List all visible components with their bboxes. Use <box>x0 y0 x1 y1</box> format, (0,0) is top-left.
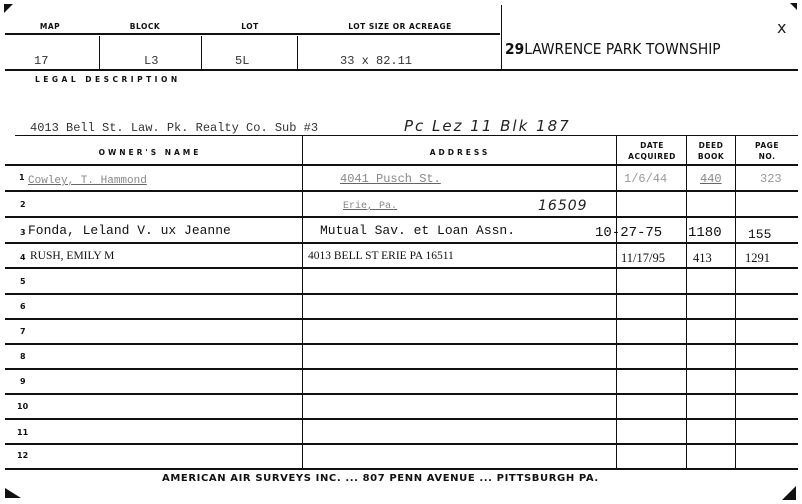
township-name: LAWRENCE PARK TOWNSHIP <box>524 40 720 58</box>
row-4-deed: 413 <box>693 251 712 266</box>
row-number-8: 8 <box>20 352 26 361</box>
corner-mark-top-right <box>790 3 797 10</box>
publisher-footer: AMERICAN AIR SURVEYS INC. ... 807 PENN A… <box>162 473 599 484</box>
row-number-12: 12 <box>17 451 28 460</box>
deed-book-header: DEED BOOK <box>687 140 735 162</box>
date-header-line1: DATE <box>618 140 686 151</box>
township-title: 29LAWRENCE PARK TOWNSHIP <box>505 40 721 58</box>
lot-value: 5L <box>235 54 249 68</box>
row-number-2: 2 <box>20 200 26 209</box>
row-rule-7 <box>5 343 798 345</box>
row-number-11: 11 <box>17 428 28 437</box>
corner-mark-bottom-left <box>5 488 21 498</box>
deed-header-line1: DEED <box>687 140 735 151</box>
owner-name-header: OWNER'S NAME <box>40 148 260 157</box>
date-header-line2: ACQUIRED <box>618 151 686 162</box>
row-2-address-zip: 16509 <box>538 198 588 214</box>
block-label: BLOCK <box>115 22 175 31</box>
row-rule-5 <box>5 293 798 295</box>
row-3-deed: 1180 <box>688 225 722 241</box>
block-value: L3 <box>144 54 158 68</box>
page-header-line2: NO. <box>736 151 798 162</box>
row-number-3: 3 <box>20 228 26 237</box>
row-3-page: 155 <box>748 227 771 242</box>
lot-size-label: LOT SIZE OR ACREAGE <box>315 22 485 31</box>
header-divider-3 <box>297 36 298 69</box>
header-bottom-rule <box>5 69 798 71</box>
row-1-address: 4041 Pusch St. <box>340 172 441 186</box>
page-header-line1: PAGE <box>736 140 798 151</box>
row-4-date: 11/17/95 <box>621 251 665 266</box>
lot-size-value: 33 x 82.11 <box>340 54 412 68</box>
row-rule-11 <box>5 443 798 445</box>
row-number-4: 4 <box>20 253 26 262</box>
row-1-owner: Cowley, T. Hammond <box>28 175 147 187</box>
row-rule-1 <box>5 190 798 192</box>
address-header: ADDRESS <box>360 148 560 157</box>
row-number-1: 1 <box>19 173 25 182</box>
row-1-date: 1/6/44 <box>624 172 667 186</box>
township-number: 29 <box>505 40 524 58</box>
row-2-address: Erie, Pa. <box>343 201 397 212</box>
map-label: MAP <box>20 22 80 31</box>
row-rule-3 <box>5 242 798 244</box>
row-rule-4 <box>5 267 798 269</box>
row-1-page: 323 <box>760 172 782 186</box>
page-no-header: PAGE NO. <box>736 140 798 162</box>
row-rule-8 <box>5 368 798 370</box>
header-divider-2 <box>201 36 202 69</box>
row-number-9: 9 <box>20 377 26 386</box>
row-4-page: 1291 <box>745 251 770 266</box>
header-divider-4 <box>501 5 502 69</box>
lot-label: LOT <box>220 22 280 31</box>
row-number-7: 7 <box>20 327 26 336</box>
legal-description-rule <box>15 135 798 136</box>
row-3-address: Mutual Sav. et Loan Assn. <box>320 223 515 238</box>
row-number-10: 10 <box>17 402 28 411</box>
row-number-5: 5 <box>20 277 26 286</box>
table-header-rule <box>5 164 798 166</box>
header-divider-1 <box>99 36 100 69</box>
row-1-deed: 440 <box>700 172 722 186</box>
row-number-6: 6 <box>20 302 26 311</box>
map-value: 17 <box>34 54 48 68</box>
corner-mark-bottom-right <box>782 486 796 500</box>
row-rule-9 <box>5 393 798 395</box>
row-rule-10 <box>5 418 798 420</box>
row-4-address: 4013 BELL ST ERIE PA 16511 <box>308 250 454 262</box>
header-top-rule <box>5 33 500 35</box>
deed-header-line2: BOOK <box>687 151 735 162</box>
legal-description-typed: 4013 Bell St. Law. Pk. Realty Co. Sub #3 <box>30 121 318 135</box>
row-rule-12 <box>5 468 798 470</box>
row-3-owner: Fonda, Leland V. ux Jeanne <box>28 223 231 238</box>
legal-description-handwritten: Pc Lez 11 Blk 187 <box>404 117 571 135</box>
check-mark: x <box>777 18 786 37</box>
date-acquired-header: DATE ACQUIRED <box>618 140 686 162</box>
corner-mark-top-left <box>4 4 13 13</box>
legal-description-label: LEGAL DESCRIPTION <box>35 75 215 84</box>
row-3-date: 10-27-75 <box>595 225 662 241</box>
row-rule-2 <box>5 216 798 218</box>
row-rule-6 <box>5 318 798 320</box>
row-4-owner: RUSH, EMILY M <box>30 250 114 262</box>
